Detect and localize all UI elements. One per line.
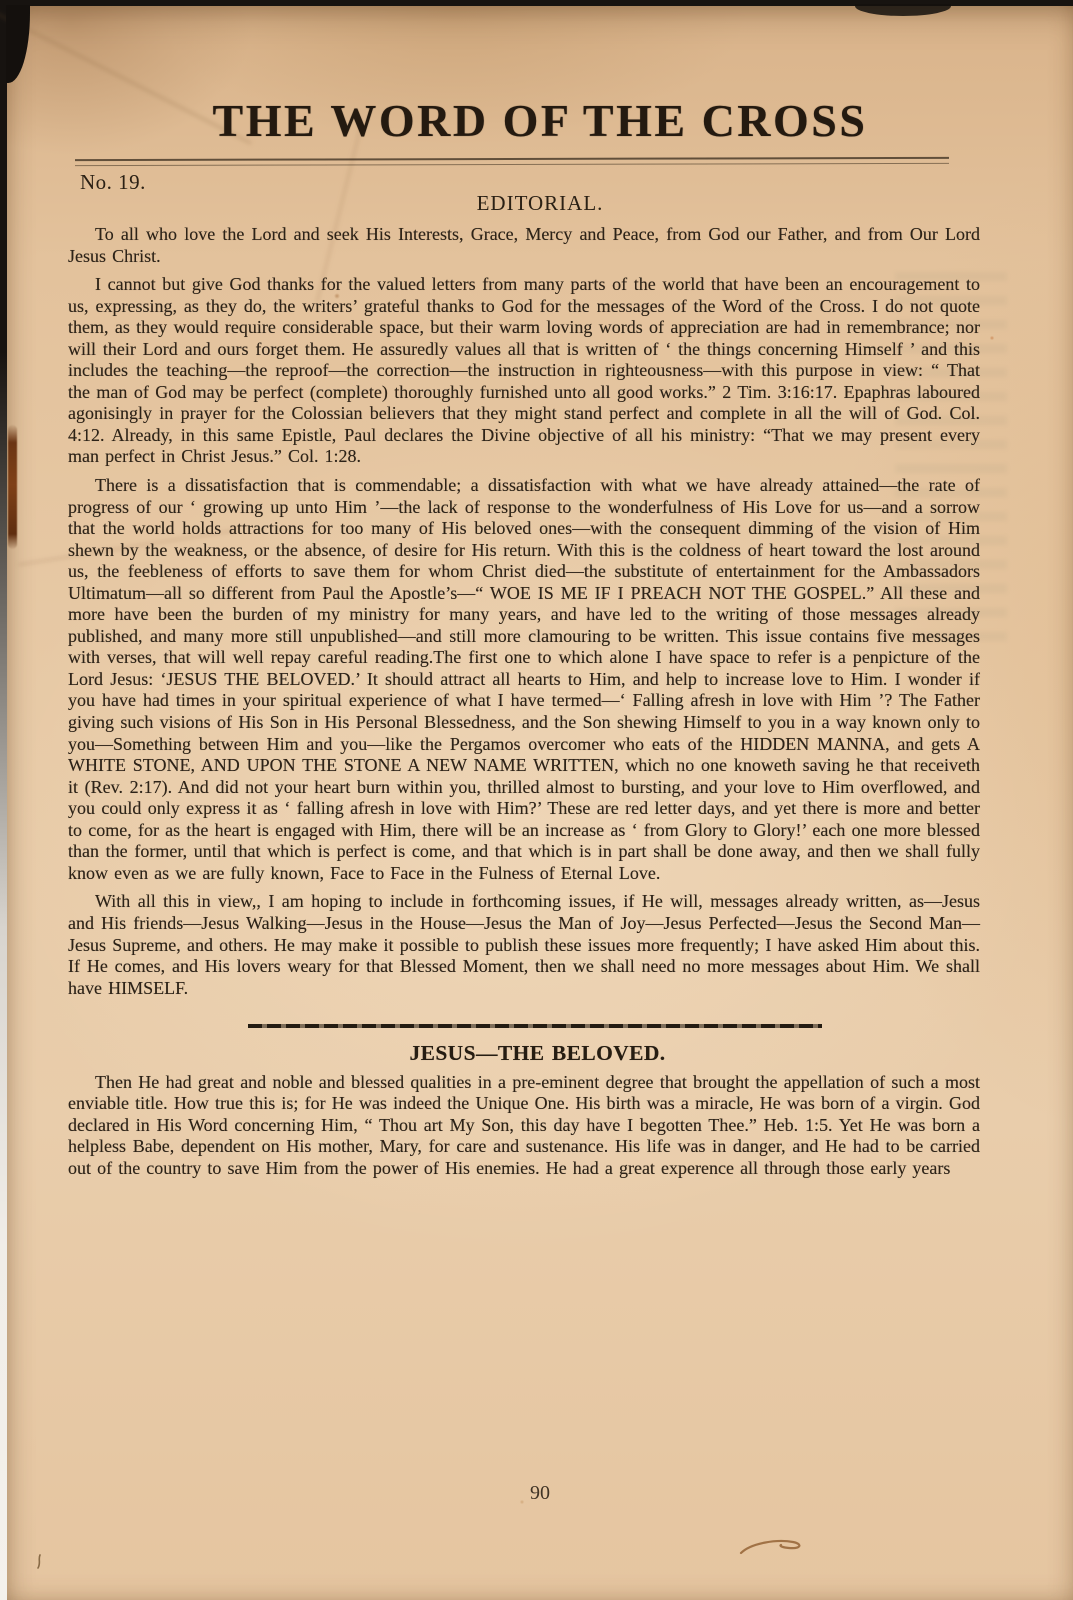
editorial-paragraph: There is a dissatisfaction that is comme… (68, 475, 980, 884)
page-number: 90 (7, 1482, 1073, 1505)
article-heading: JESUS—THE BELOVED. (68, 1043, 980, 1065)
editorial-heading: EDITORIAL. (7, 191, 1073, 216)
masthead-title: THE WORD OF THE CROSS (7, 94, 1073, 147)
editorial-paragraph: To all who love the Lord and seek His In… (68, 224, 980, 267)
pencil-scribble (735, 1533, 813, 1563)
scanned-magazine-page: THE WORD OF THE CROSS No. 19. EDITORIAL.… (7, 6, 1073, 1600)
pencil-tick (35, 1554, 45, 1570)
staple-rust-stain (8, 425, 17, 549)
torn-edge (855, 4, 951, 16)
editorial-paragraph: I cannot but give God thanks for the val… (68, 274, 980, 468)
section-divider-rule (248, 1024, 822, 1028)
torn-corner (6, 5, 30, 83)
masthead-rule (75, 157, 949, 166)
page-body: To all who love the Lord and seek His In… (68, 224, 980, 1186)
article-paragraph: Then He had great and noble and blessed … (68, 1072, 980, 1180)
editorial-paragraph: With all this in view,, I am hoping to i… (68, 891, 980, 999)
